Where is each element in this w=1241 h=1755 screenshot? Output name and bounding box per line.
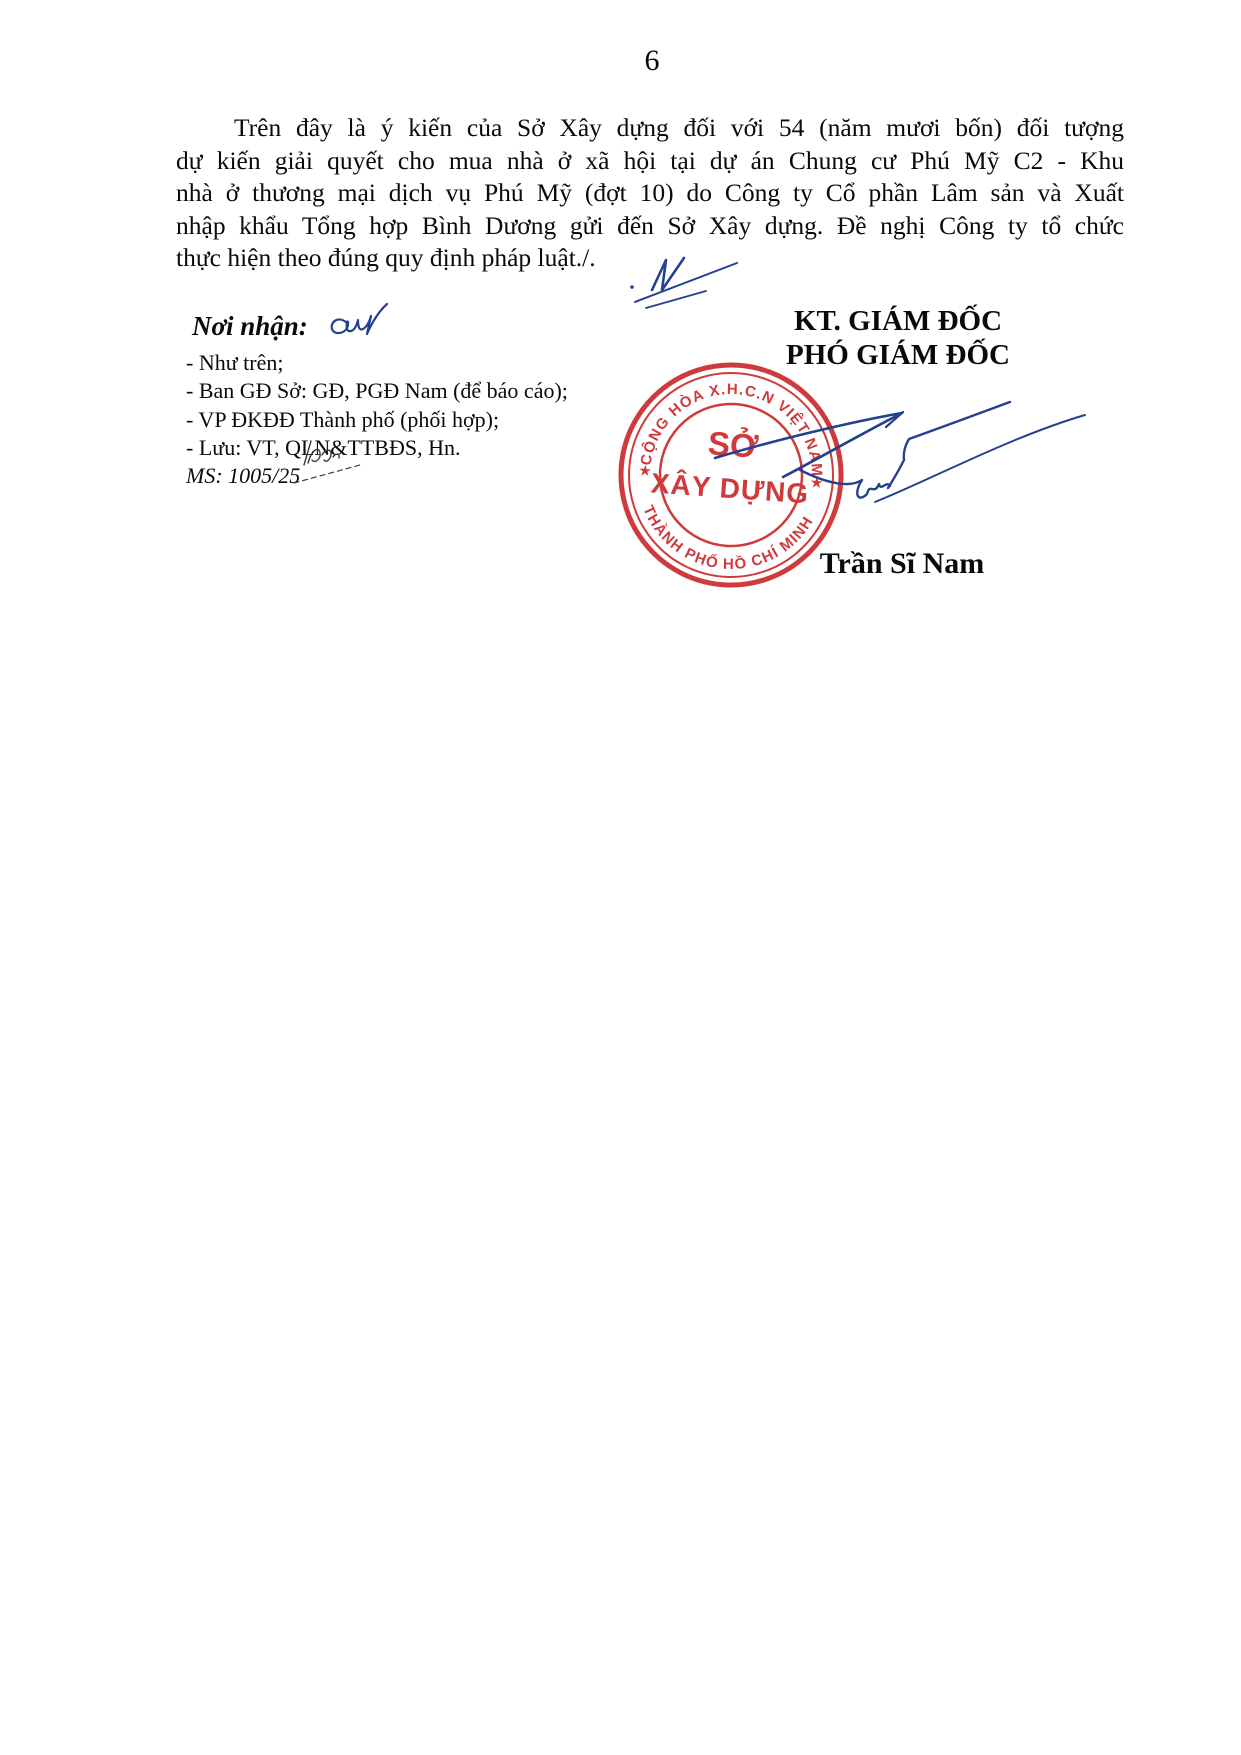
recipients-label: Nơi nhận: (192, 311, 606, 342)
initial-scribble-ink (326, 302, 392, 348)
recipients-list: - Như trên; - Ban GĐ Sở: GĐ, PGĐ Nam (để… (186, 349, 606, 462)
paragraph-line: nhập khẩu Tổng hợp Bình Dương gửi đến Sở… (176, 210, 1124, 243)
handwritten-signature (690, 392, 1090, 517)
deputy-for-title: KT. GIÁM ĐỐC (700, 305, 1096, 339)
stamp-star-left: ★ (639, 463, 652, 479)
recipients-block: Nơi nhận: - Như trên; - Ban GĐ Sở: GĐ, P… (186, 311, 606, 490)
document-page: 6 Trên đây là ý kiến của Sở Xây dựng đối… (0, 0, 1241, 1755)
paragraph-line: dự kiến giải quyết cho mua nhà ở xã hội … (176, 145, 1124, 178)
recipient-item: - Như trên; (186, 349, 606, 377)
ms-scribble-mark (292, 437, 370, 487)
recipient-item: - Lưu: VT, QLN&TTBĐS, Hn. (186, 434, 606, 462)
recipient-item: - VP ĐKĐĐ Thành phố (phối hợp); (186, 406, 606, 434)
paragraph-line: nhà ở thương mại dịch vụ Phú Mỹ (đợt 10)… (176, 177, 1124, 210)
ms-code: MS: 1005/25 (186, 462, 606, 490)
signer-name: Trần Sĩ Nam (752, 547, 1052, 581)
paragraph-line: Trên đây là ý kiến của Sở Xây dựng đối v… (176, 112, 1124, 145)
recipient-item: - Ban GĐ Sở: GĐ, PGĐ Nam (để báo cáo); (186, 377, 606, 405)
page-number: 6 (602, 44, 702, 78)
